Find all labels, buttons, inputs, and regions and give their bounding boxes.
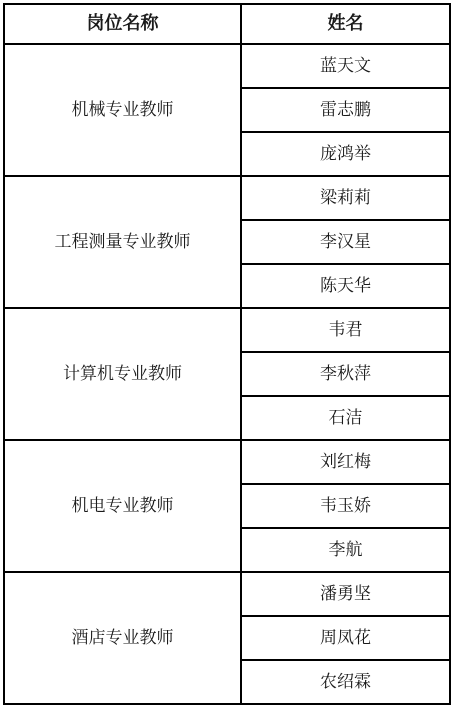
position-name-table: 岗位名称 姓名 机械专业教师蓝天文雷志鹏庞鸿举工程测量专业教师梁莉莉李汉星陈天华… (3, 3, 451, 705)
name-cell: 农绍霖 (241, 660, 450, 704)
name-cell: 梁莉莉 (241, 176, 450, 220)
table-row: 机械专业教师蓝天文 (4, 44, 450, 88)
name-cell: 韦君 (241, 308, 450, 352)
name-cell: 庞鸿举 (241, 132, 450, 176)
name-cell: 雷志鹏 (241, 88, 450, 132)
name-cell: 李航 (241, 528, 450, 572)
position-cell: 机械专业教师 (4, 44, 241, 176)
name-cell: 陈天华 (241, 264, 450, 308)
table-row: 工程测量专业教师梁莉莉 (4, 176, 450, 220)
name-cell: 李汉星 (241, 220, 450, 264)
name-cell: 周凤花 (241, 616, 450, 660)
name-cell: 韦玉娇 (241, 484, 450, 528)
column-header-name: 姓名 (241, 4, 450, 44)
position-cell: 计算机专业教师 (4, 308, 241, 440)
position-cell: 工程测量专业教师 (4, 176, 241, 308)
name-cell: 蓝天文 (241, 44, 450, 88)
table-body: 机械专业教师蓝天文雷志鹏庞鸿举工程测量专业教师梁莉莉李汉星陈天华计算机专业教师韦… (4, 44, 450, 704)
name-cell: 李秋萍 (241, 352, 450, 396)
position-cell: 酒店专业教师 (4, 572, 241, 704)
position-cell: 机电专业教师 (4, 440, 241, 572)
name-cell: 潘勇坚 (241, 572, 450, 616)
table-row: 酒店专业教师潘勇坚 (4, 572, 450, 616)
header-row: 岗位名称 姓名 (4, 4, 450, 44)
table-row: 计算机专业教师韦君 (4, 308, 450, 352)
table-header: 岗位名称 姓名 (4, 4, 450, 44)
column-header-position: 岗位名称 (4, 4, 241, 44)
table-row: 机电专业教师刘红梅 (4, 440, 450, 484)
name-cell: 石洁 (241, 396, 450, 440)
name-cell: 刘红梅 (241, 440, 450, 484)
